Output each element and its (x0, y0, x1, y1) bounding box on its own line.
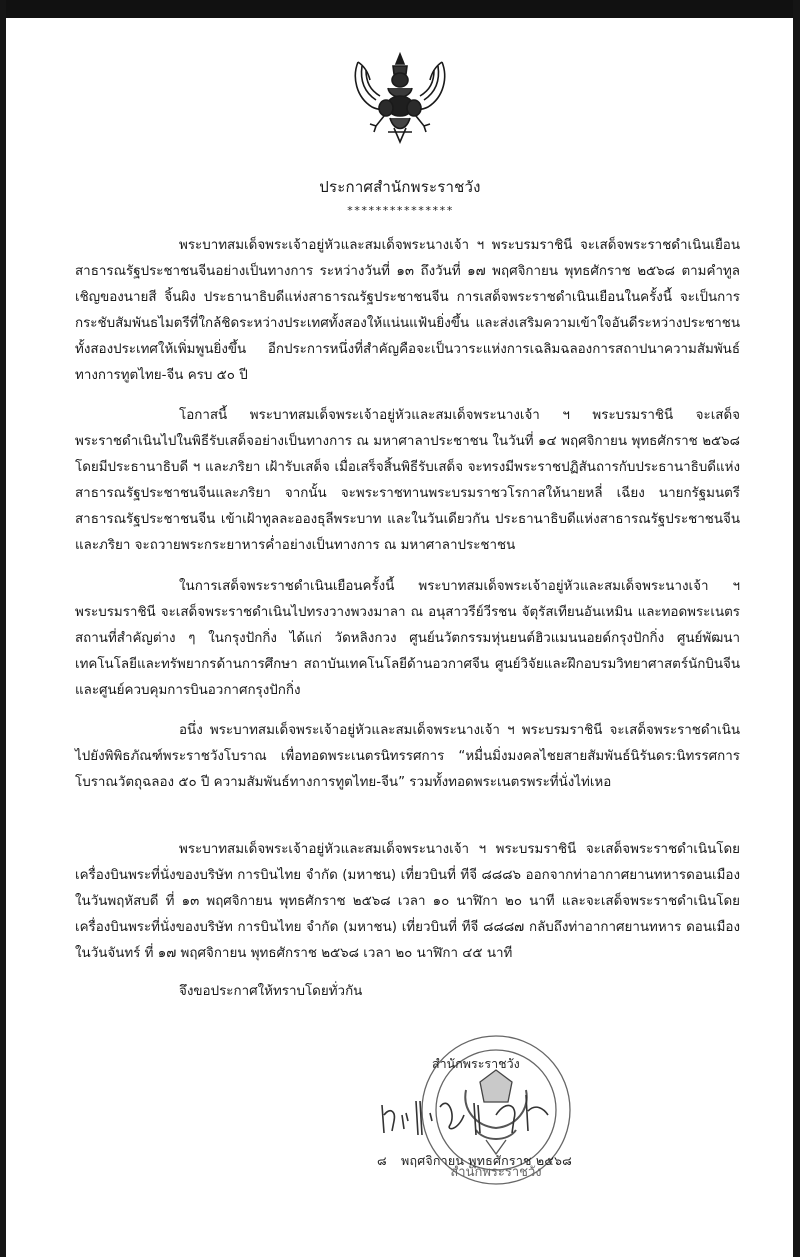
issue-date: พฤศจิกายน พุทธศักราช ๒๕๖๘ (401, 1151, 572, 1171)
paragraph-flight-details: พระบาทสมเด็จพระเจ้าอยู่หัวและสมเด็จพระนา… (75, 837, 740, 967)
title-separator: *************** (0, 204, 800, 217)
paragraph-palace-museum: อนึ่ง พระบาทสมเด็จพระเจ้าอยู่หัวและสมเด็… (75, 718, 740, 796)
paragraph-text: อนึ่ง พระบาทสมเด็จพระเจ้าอยู่หัวและสมเด็… (75, 718, 740, 796)
paragraph-text: พระบาทสมเด็จพระเจ้าอยู่หัวและสมเด็จพระนา… (75, 233, 740, 389)
paragraph-text: พระบาทสมเด็จพระเจ้าอยู่หัวและสมเด็จพระนา… (75, 837, 740, 967)
signature-icon (378, 1085, 558, 1145)
scan-frame-top (0, 0, 800, 18)
paragraph-state-visit: พระบาทสมเด็จพระเจ้าอยู่หัวและสมเด็จพระนา… (75, 233, 740, 389)
announcement-title: ประกาศสำนักพระราชวัง (0, 175, 800, 199)
issue-day: ๘ (377, 1151, 387, 1171)
paragraph-itinerary: ในการเสด็จพระราชดำเนินเยือนครั้งนี้ พระบ… (75, 574, 740, 704)
issuing-office: สำนักพระราชวัง (432, 1054, 520, 1074)
garuda-emblem-icon (350, 52, 450, 144)
paragraph-text: ในการเสด็จพระราชดำเนินเยือนครั้งนี้ พระบ… (75, 574, 740, 704)
closing-statement: จึงขอประกาศให้ทราบโดยทั่วกัน (179, 980, 362, 1001)
paragraph-welcome-ceremony: โอกาสนี้ พระบาทสมเด็จพระเจ้าอยู่หัวและสม… (75, 403, 740, 559)
paragraph-text: โอกาสนี้ พระบาทสมเด็จพระเจ้าอยู่หัวและสม… (75, 403, 740, 559)
